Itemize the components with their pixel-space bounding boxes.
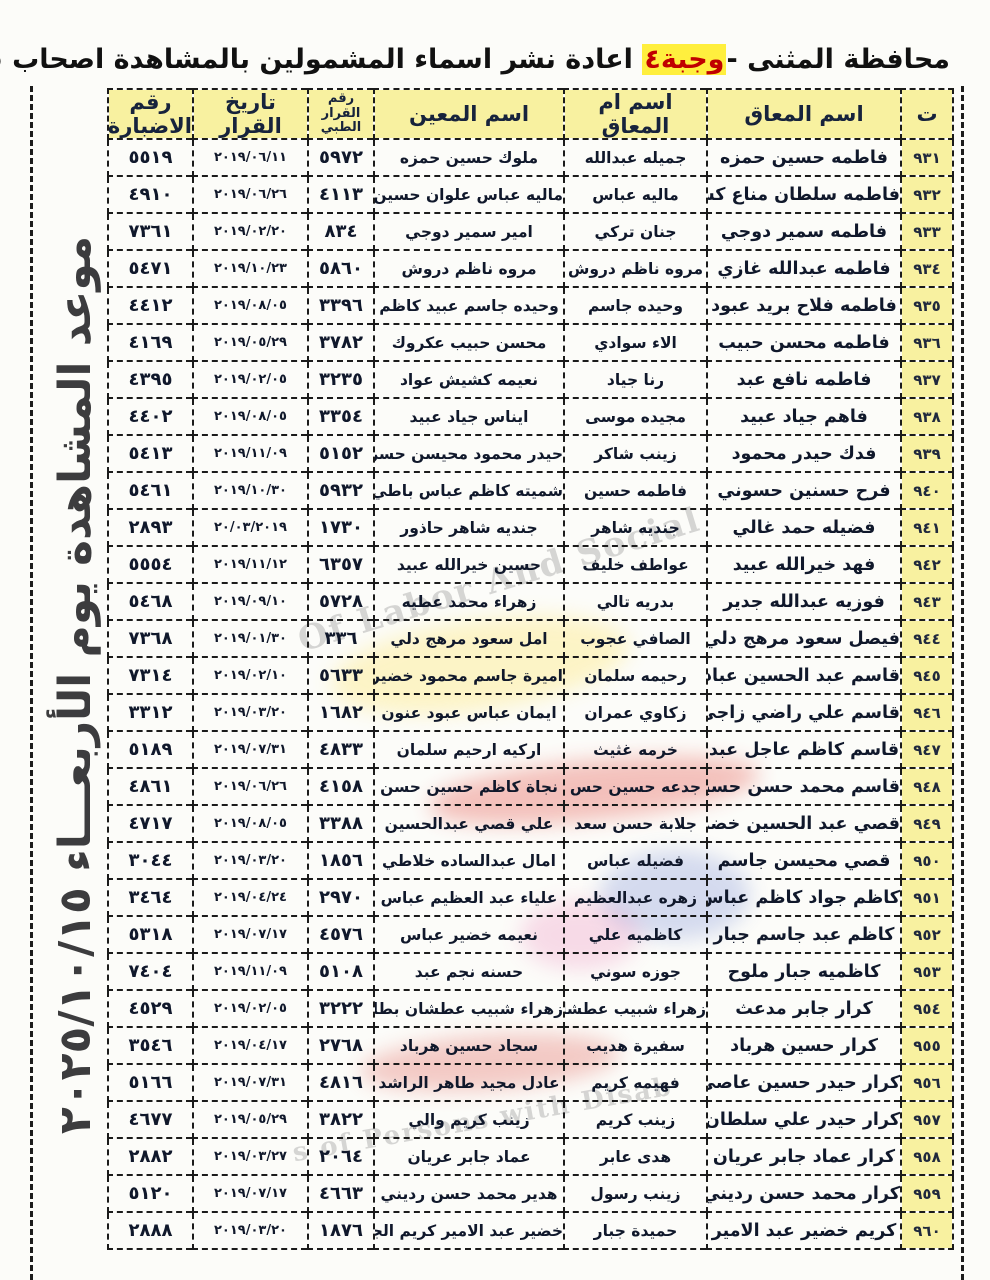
file-number: ٣٥٤٦	[108, 1027, 193, 1064]
table-row: ٩٥٤كرار جابر مدعثزهراء شبيب عطشانزهراء ش…	[108, 990, 953, 1027]
mother-name: الاء سوادي	[564, 324, 707, 361]
caregiver-name: جنديه شاهر حاذور	[374, 509, 564, 546]
file-number: ٤٨٦١	[108, 768, 193, 805]
table-row: ٩٥٦كرار حيدر حسين عاصيفهيمه كريمعادل مجي…	[108, 1064, 953, 1101]
file-number: ٥٤١٣	[108, 435, 193, 472]
disabled-name: فاهم جياد عبيد	[707, 398, 901, 435]
file-number: ٧٣٦٨	[108, 620, 193, 657]
mother-name: حميدة جبار	[564, 1212, 707, 1249]
file-number: ٤٦٧٧	[108, 1101, 193, 1138]
title-governorate: محافظة المثنى -	[726, 44, 950, 75]
caregiver-name: ماليه عباس علوان حسين	[374, 176, 564, 213]
row-number: ٩٥٠	[901, 842, 953, 879]
disabled-name: فضيله حمد غالي	[707, 509, 901, 546]
mother-name: زينب شاكر	[564, 435, 707, 472]
table-row: ٩٥٩كرار محمد حسن ردينيزينب رسولهدير محمد…	[108, 1175, 953, 1212]
decision-date: ٢٠١٩/٠٥/٢٩	[193, 324, 308, 361]
disabled-name: كاظميه جبار ملوح	[707, 953, 901, 990]
decision-number: ٥١٥٢	[308, 435, 374, 472]
file-number: ٥٣١٨	[108, 916, 193, 953]
row-number: ٩٣٣	[901, 213, 953, 250]
caregiver-name: عماد جابر عريان	[374, 1138, 564, 1175]
disabled-name: قصي عبد الحسين خضر	[707, 805, 901, 842]
decision-number: ٥١٠٨	[308, 953, 374, 990]
disabled-name: فاطمه نافع عبد	[707, 361, 901, 398]
mother-name: كاظميه علي	[564, 916, 707, 953]
row-number: ٩٣٨	[901, 398, 953, 435]
header-disabled-name: اسم المعاق	[707, 89, 901, 139]
file-number: ٥٤٦٨	[108, 583, 193, 620]
caregiver-name: ايناس جياد عبيد	[374, 398, 564, 435]
decision-number: ١٦٨٢	[308, 694, 374, 731]
decision-date: ٢٠١٩/٠٨/٠٥	[193, 398, 308, 435]
decision-date: ٢٠١٩/٠٢/١٠	[193, 657, 308, 694]
caregiver-name: مروه ناظم دروش	[374, 250, 564, 287]
disabled-name: فاطمه سمير دوجي	[707, 213, 901, 250]
caregiver-name: سجاد حسين هرباد	[374, 1027, 564, 1064]
file-number: ٤٩١٠	[108, 176, 193, 213]
caregiver-name: حسنه نجم عبد	[374, 953, 564, 990]
records-table: تاسم المعاقاسم ام المعاقاسم المعينرقم ال…	[107, 88, 954, 1250]
decision-number: ٢٠٦٤	[308, 1138, 374, 1175]
table-row: ٩٣٢فاطمه سلطان مناع كسارماليه عباسماليه …	[108, 176, 953, 213]
table-row: ٩٣٦فاطمه محسن حبيبالاء سواديمحسن حبيب عك…	[108, 324, 953, 361]
disabled-name: فاطمه محسن حبيب	[707, 324, 901, 361]
table-row: ٩٤١فضيله حمد غاليجنديه شاهرجنديه شاهر حا…	[108, 509, 953, 546]
table-row: ٩٥٨كرار عماد جابر عريانهدى عابرعماد جابر…	[108, 1138, 953, 1175]
decision-date: ٢٠/٠٣/٢٠١٩	[193, 509, 308, 546]
header-decision-number: رقم القرار الطبي	[308, 89, 374, 139]
disabled-name: فوزيه عبدالله جدير	[707, 583, 901, 620]
caregiver-name: محسن حبيب عكروك	[374, 324, 564, 361]
file-number: ٥٤٧١	[108, 250, 193, 287]
decision-number: ٥٧٢٨	[308, 583, 374, 620]
caregiver-name: نجاة كاظم حسين حسن	[374, 768, 564, 805]
caregiver-name: امال عبدالساده خلاطي	[374, 842, 564, 879]
file-number: ٤١٦٩	[108, 324, 193, 361]
row-number: ٩٣٧	[901, 361, 953, 398]
row-number: ٩٤٨	[901, 768, 953, 805]
decision-number: ٦٣٥٧	[308, 546, 374, 583]
caregiver-name: اركيه ارحيم سلمان	[374, 731, 564, 768]
decision-number: ٤١١٣	[308, 176, 374, 213]
file-number: ٢٨٩٣	[108, 509, 193, 546]
mother-name: زينب رسول	[564, 1175, 707, 1212]
mother-name: رحيمه سلمان	[564, 657, 707, 694]
row-number: ٩٥٧	[901, 1101, 953, 1138]
table-row: ٩٣٩فدك حيدر محمودزينب شاكرحيدر محمود محي…	[108, 435, 953, 472]
row-number: ٩٥٢	[901, 916, 953, 953]
caregiver-name: حسين خيرالله عبيد	[374, 546, 564, 583]
table-row: ٩٤٩قصي عبد الحسين خضرجلابة حسن سعدعلي قص…	[108, 805, 953, 842]
decision-number: ٢٩٧٠	[308, 879, 374, 916]
decision-number: ٥٩٧٢	[308, 139, 374, 176]
header-row-number: ت	[901, 89, 953, 139]
decision-number: ٤٥٧٦	[308, 916, 374, 953]
decision-date: ٢٠١٩/٠٣/٢٧	[193, 1138, 308, 1175]
table-row: ٩٤٥قاسم عبد الحسين عبادهرحيمه سلماناميرة…	[108, 657, 953, 694]
disabled-name: فاطمه حسين حمزه	[707, 139, 901, 176]
mother-name: جلابة حسن سعد	[564, 805, 707, 842]
decision-date: ٢٠١٩/٠١/٣٠	[193, 620, 308, 657]
mother-name: جنديه شاهر	[564, 509, 707, 546]
decision-date: ٢٠١٩/٠٣/٢٠	[193, 842, 308, 879]
row-number: ٩٤٦	[901, 694, 953, 731]
table-row: ٩٥١كاظم جواد كاظم عباسزهره عبدالعظيمعليا…	[108, 879, 953, 916]
disabled-name: فاطمه فلاح بريد عبود	[707, 287, 901, 324]
decision-number: ٤٨١٦	[308, 1064, 374, 1101]
table-body: ٩٣١فاطمه حسين حمزهجميله عبداللهملوك حسين…	[108, 139, 953, 1249]
document-title: محافظة المثنى -وجبة٤ اعادة نشر اسماء الم…	[40, 44, 950, 75]
mother-name: فضيله عباس	[564, 842, 707, 879]
header-mother-name: اسم ام المعاق	[564, 89, 707, 139]
table-row: ٩٥٢كاظم عبد جاسم جباركاظميه علينعيمه خضي…	[108, 916, 953, 953]
file-number: ٧٣١٤	[108, 657, 193, 694]
decision-number: ٥٩٣٢	[308, 472, 374, 509]
caregiver-name: حيدر محمود محيسن حسر	[374, 435, 564, 472]
row-number: ٩٤٢	[901, 546, 953, 583]
table-row: ٩٣٤فاطمه عبدالله غازيمروه ناظم دروشمروه …	[108, 250, 953, 287]
decision-number: ١٧٣٠	[308, 509, 374, 546]
file-number: ٤٣٩٥	[108, 361, 193, 398]
row-number: ٩٣٢	[901, 176, 953, 213]
decision-date: ٢٠١٩/٠٤/٢٤	[193, 879, 308, 916]
table-row: ٩٤٢فهد خيرالله عبيدعواطف خليفحسين خيرالل…	[108, 546, 953, 583]
disabled-name: كرار حسين هرباد	[707, 1027, 901, 1064]
decision-date: ٢٠١٩/٠٦/٢٦	[193, 176, 308, 213]
disabled-name: فرح حسنين حسوني	[707, 472, 901, 509]
disabled-name: كاظم عبد جاسم جبار	[707, 916, 901, 953]
caregiver-name: امير سمير دوجي	[374, 213, 564, 250]
row-number: ٩٥٥	[901, 1027, 953, 1064]
caregiver-name: هدير محمد حسن رديني	[374, 1175, 564, 1212]
row-number: ٩٥١	[901, 879, 953, 916]
file-number: ٥٤٦١	[108, 472, 193, 509]
disabled-name: كرار محمد حسن رديني	[707, 1175, 901, 1212]
mother-name: زهراء شبيب عطشان	[564, 990, 707, 1027]
table-row: ٩٣٣فاطمه سمير دوجيجنان تركيامير سمير دوج…	[108, 213, 953, 250]
decision-date: ٢٠١٩/٠٢/٠٥	[193, 990, 308, 1027]
row-number: ٩٤٣	[901, 583, 953, 620]
file-number: ٧٤٠٤	[108, 953, 193, 990]
decision-number: ٤١٥٨	[308, 768, 374, 805]
file-number: ٣٠٤٤	[108, 842, 193, 879]
decision-number: ٥٨٦٠	[308, 250, 374, 287]
row-number: ٩٥٤	[901, 990, 953, 1027]
mother-name: زكاوي عمران	[564, 694, 707, 731]
caregiver-name: علياء عبد العظيم عباس	[374, 879, 564, 916]
mother-name: جميله عبدالله	[564, 139, 707, 176]
decision-number: ٣٣٥٤	[308, 398, 374, 435]
decision-date: ٢٠١٩/٠٧/٣١	[193, 731, 308, 768]
decision-number: ٣٣٦	[308, 620, 374, 657]
decision-date: ٢٠١٩/٠٣/٢٠	[193, 694, 308, 731]
caregiver-name: زهراء شبيب عطشان بطاح	[374, 990, 564, 1027]
row-number: ٩٤٠	[901, 472, 953, 509]
mother-name: ماليه عباس	[564, 176, 707, 213]
table-row: ٩٣٨فاهم جياد عبيدمجيده موسىايناس جياد عب…	[108, 398, 953, 435]
decision-number: ٣٣٩٦	[308, 287, 374, 324]
decision-number: ٣٨٢٢	[308, 1101, 374, 1138]
file-number: ٤٤٠٢	[108, 398, 193, 435]
row-number: ٩٣٥	[901, 287, 953, 324]
file-number: ٣٤٦٤	[108, 879, 193, 916]
table-row: ٩٤٠فرح حسنين حسونيفاطمه حسينشميته كاظم ع…	[108, 472, 953, 509]
table-row: ٩٤٦قاسم علي راضي زاجيزكاوي عمرانايمان عب…	[108, 694, 953, 731]
row-number: ٩٥٣	[901, 953, 953, 990]
header-caregiver-name: اسم المعين	[374, 89, 564, 139]
disabled-name: قاسم عبد الحسين عباده	[707, 657, 901, 694]
table-row: ٩٤٨قاسم محمد حسن حسينجدعه حسين حسنجاة كا…	[108, 768, 953, 805]
table-row: ٩٣٥فاطمه فلاح بريد عبودوحيده جاسموحيده ج…	[108, 287, 953, 324]
caregiver-name: ملوك حسين حمزه	[374, 139, 564, 176]
disabled-name: كرار حيدر علي سلطان	[707, 1101, 901, 1138]
file-number: ٥١٦٦	[108, 1064, 193, 1101]
table-row: ٩٥٣كاظميه جبار ملوحجوزه سونيحسنه نجم عبد…	[108, 953, 953, 990]
decision-date: ٢٠١٩/١١/٠٩	[193, 435, 308, 472]
file-number: ٥٥١٩	[108, 139, 193, 176]
table-row: ٩٣٧فاطمه نافع عبدرنا جيادنعيمه كشيش عواد…	[108, 361, 953, 398]
file-number: ٥١٢٠	[108, 1175, 193, 1212]
table-header-row: تاسم المعاقاسم ام المعاقاسم المعينرقم ال…	[108, 89, 953, 139]
table-row: ٩٥٧كرار حيدر علي سلطانزينب كريمزينب كريم…	[108, 1101, 953, 1138]
table-row: ٩٤٤فيصل سعود مرهج دليالصافي عجوبامل سعود…	[108, 620, 953, 657]
disabled-name: فدك حيدر محمود	[707, 435, 901, 472]
decision-date: ٢٠١٩/٠٧/٣١	[193, 1064, 308, 1101]
decision-date: ٢٠١٩/٠٧/١٧	[193, 1175, 308, 1212]
decision-date: ٢٠١٩/١١/٠٩	[193, 953, 308, 990]
row-number: ٩٥٦	[901, 1064, 953, 1101]
disabled-name: قاسم كاظم عاجل عبد	[707, 731, 901, 768]
page-border-left	[30, 86, 33, 1280]
file-number: ٤٥٢٩	[108, 990, 193, 1027]
mother-name: جوزه سوني	[564, 953, 707, 990]
file-number: ٢٨٨٢	[108, 1138, 193, 1175]
decision-number: ٨٣٤	[308, 213, 374, 250]
mother-name: عواطف خليف	[564, 546, 707, 583]
decision-date: ٢٠١٩/٠٧/١٧	[193, 916, 308, 953]
row-number: ٩٣٩	[901, 435, 953, 472]
decision-number: ٤٦٦٣	[308, 1175, 374, 1212]
file-number: ٥٥٥٤	[108, 546, 193, 583]
disabled-name: فاطمه سلطان مناع كسار	[707, 176, 901, 213]
decision-date: ٢٠١٩/٠٨/٠٥	[193, 805, 308, 842]
header-decision-date: تاريخ القرار	[193, 89, 308, 139]
row-number: ٩٤٧	[901, 731, 953, 768]
mother-name: زهره عبدالعظيم	[564, 879, 707, 916]
row-number: ٩٤٤	[901, 620, 953, 657]
decision-date: ٢٠١٩/١١/١٢	[193, 546, 308, 583]
file-number: ٤٤١٢	[108, 287, 193, 324]
decision-date: ٢٠١٩/٠٢/٠٥	[193, 361, 308, 398]
disabled-name: قاسم محمد حسن حسين	[707, 768, 901, 805]
disabled-name: قاسم علي راضي زاجي	[707, 694, 901, 731]
file-number: ٢٨٨٨	[108, 1212, 193, 1249]
scanned-document-page: { "colors": { "accent_red": "#c00000", "…	[0, 0, 990, 1280]
file-number: ٤٧١٧	[108, 805, 193, 842]
decision-date: ٢٠١٩/٠٩/١٠	[193, 583, 308, 620]
caregiver-name: اميرة جاسم محمود خضير	[374, 657, 564, 694]
decision-date: ٢٠١٩/٠٣/٢٠	[193, 1212, 308, 1249]
table-row: ٩٦٠كريم خضير عبد الاميرحميدة جبارخضير عب…	[108, 1212, 953, 1249]
mother-name: رنا جياد	[564, 361, 707, 398]
decision-number: ١٨٧٦	[308, 1212, 374, 1249]
row-number: ٩٥٨	[901, 1138, 953, 1175]
decision-number: ٣٢٢٢	[308, 990, 374, 1027]
caregiver-name: ايمان عباس عبود عنون	[374, 694, 564, 731]
mother-name: جنان تركي	[564, 213, 707, 250]
table-row: ٩٥٠قصي محيسن جاسمفضيله عباسامال عبدالساد…	[108, 842, 953, 879]
disabled-name: فهد خيرالله عبيد	[707, 546, 901, 583]
mother-name: هدى عابر	[564, 1138, 707, 1175]
header-file-number: رقم الاضبارة	[108, 89, 193, 139]
decision-date: ٢٠١٩/١٠/٣٠	[193, 472, 308, 509]
table-row: ٩٣١فاطمه حسين حمزهجميله عبداللهملوك حسين…	[108, 139, 953, 176]
decision-number: ٥٦٣٣	[308, 657, 374, 694]
mother-name: فهيمه كريم	[564, 1064, 707, 1101]
mother-name: جدعه حسين حس	[564, 768, 707, 805]
row-number: ٩٣٦	[901, 324, 953, 361]
disabled-name: فيصل سعود مرهج دلي	[707, 620, 901, 657]
caregiver-name: نعيمه خضير عباس	[374, 916, 564, 953]
row-number: ٩٤١	[901, 509, 953, 546]
table-row: ٩٤٧قاسم كاظم عاجل عبدخرمه غثيثاركيه ارحي…	[108, 731, 953, 768]
decision-number: ١٨٥٦	[308, 842, 374, 879]
caregiver-name: زهراء محمد عطيه	[374, 583, 564, 620]
table-row: ٩٥٥كرار حسين هربادسفيرة هديبسجاد حسين هر…	[108, 1027, 953, 1064]
decision-number: ٣٣٨٨	[308, 805, 374, 842]
mother-name: بدريه تالي	[564, 583, 707, 620]
row-number: ٩٣١	[901, 139, 953, 176]
disabled-name: كريم خضير عبد الامير	[707, 1212, 901, 1249]
row-number: ٩٣٤	[901, 250, 953, 287]
mother-name: سفيرة هديب	[564, 1027, 707, 1064]
decision-number: ٢٧٦٨	[308, 1027, 374, 1064]
caregiver-name: علي قصي عبدالحسين	[374, 805, 564, 842]
decision-date: ٢٠١٩/٠٥/٢٩	[193, 1101, 308, 1138]
mother-name: زينب كريم	[564, 1101, 707, 1138]
title-batch-highlight: وجبة٤	[642, 44, 726, 75]
title-main-text: اعادة نشر اسماء المشمولين بالمشاهدة اصحا…	[0, 44, 633, 75]
row-number: ٩٦٠	[901, 1212, 953, 1249]
mother-name: الصافي عجوب	[564, 620, 707, 657]
page-border-right	[961, 86, 964, 1280]
viewing-date-banner-text: موعد المشاهدة يوم الأربعـــاء ٢٠٢٥/١٠/١٥	[34, 96, 118, 1274]
decision-date: ٢٠١٩/٠٦/٢٦	[193, 768, 308, 805]
caregiver-name: وحيده جاسم عبيد كاظم	[374, 287, 564, 324]
disabled-name: فاطمه عبدالله غازي	[707, 250, 901, 287]
decision-number: ٣٧٨٢	[308, 324, 374, 361]
decision-date: ٢٠١٩/٠٦/١١	[193, 139, 308, 176]
file-number: ٥١٨٩	[108, 731, 193, 768]
decision-date: ٢٠١٩/٠٢/٢٠	[193, 213, 308, 250]
disabled-name: قصي محيسن جاسم	[707, 842, 901, 879]
mother-name: خرمه غثيث	[564, 731, 707, 768]
mother-name: فاطمه حسين	[564, 472, 707, 509]
caregiver-name: شميته كاظم عباس باطي	[374, 472, 564, 509]
decision-number: ٣٢٣٥	[308, 361, 374, 398]
file-number: ٧٣٦١	[108, 213, 193, 250]
caregiver-name: امل سعود مرهج دلي	[374, 620, 564, 657]
caregiver-name: زينب كريم والي	[374, 1101, 564, 1138]
mother-name: مجيده موسى	[564, 398, 707, 435]
caregiver-name: نعيمه كشيش عواد	[374, 361, 564, 398]
row-number: ٩٤٩	[901, 805, 953, 842]
row-number: ٩٤٥	[901, 657, 953, 694]
disabled-name: كرار عماد جابر عريان	[707, 1138, 901, 1175]
caregiver-name: عادل مجيد طاهر الراشد	[374, 1064, 564, 1101]
mother-name: وحيده جاسم	[564, 287, 707, 324]
viewing-date-banner: موعد المشاهدة يوم الأربعـــاء ٢٠٢٥/١٠/١٥	[34, 96, 118, 1274]
disabled-name: كاظم جواد كاظم عباس	[707, 879, 901, 916]
disabled-name: كرار حيدر حسين عاصي	[707, 1064, 901, 1101]
table-row: ٩٤٣فوزيه عبدالله جديربدريه تاليزهراء محم…	[108, 583, 953, 620]
decision-date: ٢٠١٩/٠٤/١٧	[193, 1027, 308, 1064]
file-number: ٣٣١٢	[108, 694, 193, 731]
disabled-name: كرار جابر مدعث	[707, 990, 901, 1027]
row-number: ٩٥٩	[901, 1175, 953, 1212]
caregiver-name: خضير عبد الامير كريم الجابري	[374, 1212, 564, 1249]
mother-name: مروه ناظم دروش	[564, 250, 707, 287]
decision-date: ٢٠١٩/١٠/٢٣	[193, 250, 308, 287]
decision-date: ٢٠١٩/٠٨/٠٥	[193, 287, 308, 324]
decision-number: ٤٨٣٣	[308, 731, 374, 768]
